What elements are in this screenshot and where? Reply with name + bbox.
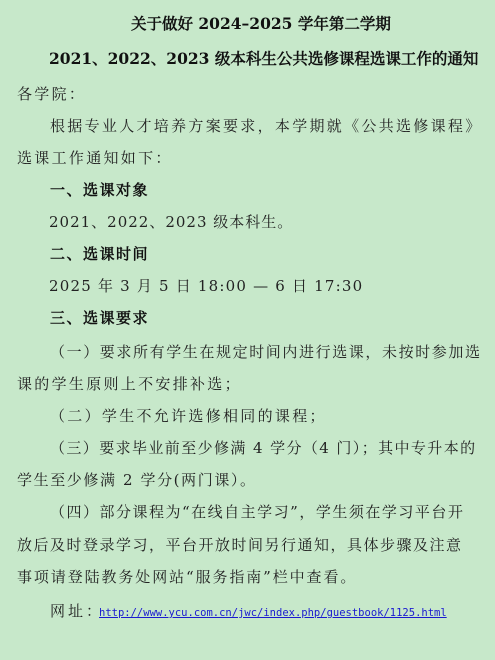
section-content-time: 2025 年 3 月 5 日 18:00 — 6 日 17:30 [49, 276, 363, 296]
requirement-1-line-2: 课的学生原则上不安排补选； [17, 374, 242, 394]
intro-line-1: 根据专业人才培养方案要求，本学期就《公共选修课程》 [50, 116, 483, 136]
requirement-4-line-2: 放后及时登录学习，平台开放时间另行通知，具体步骤及注意 [17, 535, 463, 555]
requirement-4-line-3: 事项请登陆教务处网站“服务指南”栏中查看。 [17, 567, 357, 587]
requirement-4-line-1: （四）部分课程为“在线自主学习”，学生须在学习平台开 [50, 502, 464, 522]
requirement-2-line-1: （二）学生不允许选修相同的课程； [50, 406, 327, 426]
notice-document: 关于做好 2024–2025 学年第二学期 2021、2022、2023 级本科… [0, 0, 495, 660]
section-heading-target: 一、选课对象 [50, 180, 149, 200]
requirement-3-line-1: （三）要求毕业前至少修满 4 学分（4 门）；其中专升本的 [50, 438, 477, 458]
title-line-2: 2021、2022、2023 级本科生公共选修课程选课工作的通知 [49, 49, 478, 69]
title-line-1: 关于做好 2024–2025 学年第二学期 [131, 14, 391, 34]
requirement-1-line-1: （一）要求所有学生在规定时间内进行选课，未按时参加选 [50, 342, 482, 362]
requirement-3-line-2: 学生至少修满 2 学分(两门课）。 [17, 470, 257, 490]
salutation: 各学院： [17, 84, 86, 104]
url-label: 网址： [50, 601, 104, 621]
section-content-target: 2021、2022、2023 级本科生。 [49, 212, 293, 232]
notice-url-link[interactable]: http://www.ycu.com.cn/jwc/index.php/gues… [99, 603, 447, 623]
section-heading-time: 二、选课时间 [50, 244, 149, 264]
intro-line-2: 选课工作通知如下： [17, 148, 173, 168]
section-heading-requirements: 三、选课要求 [50, 308, 149, 328]
